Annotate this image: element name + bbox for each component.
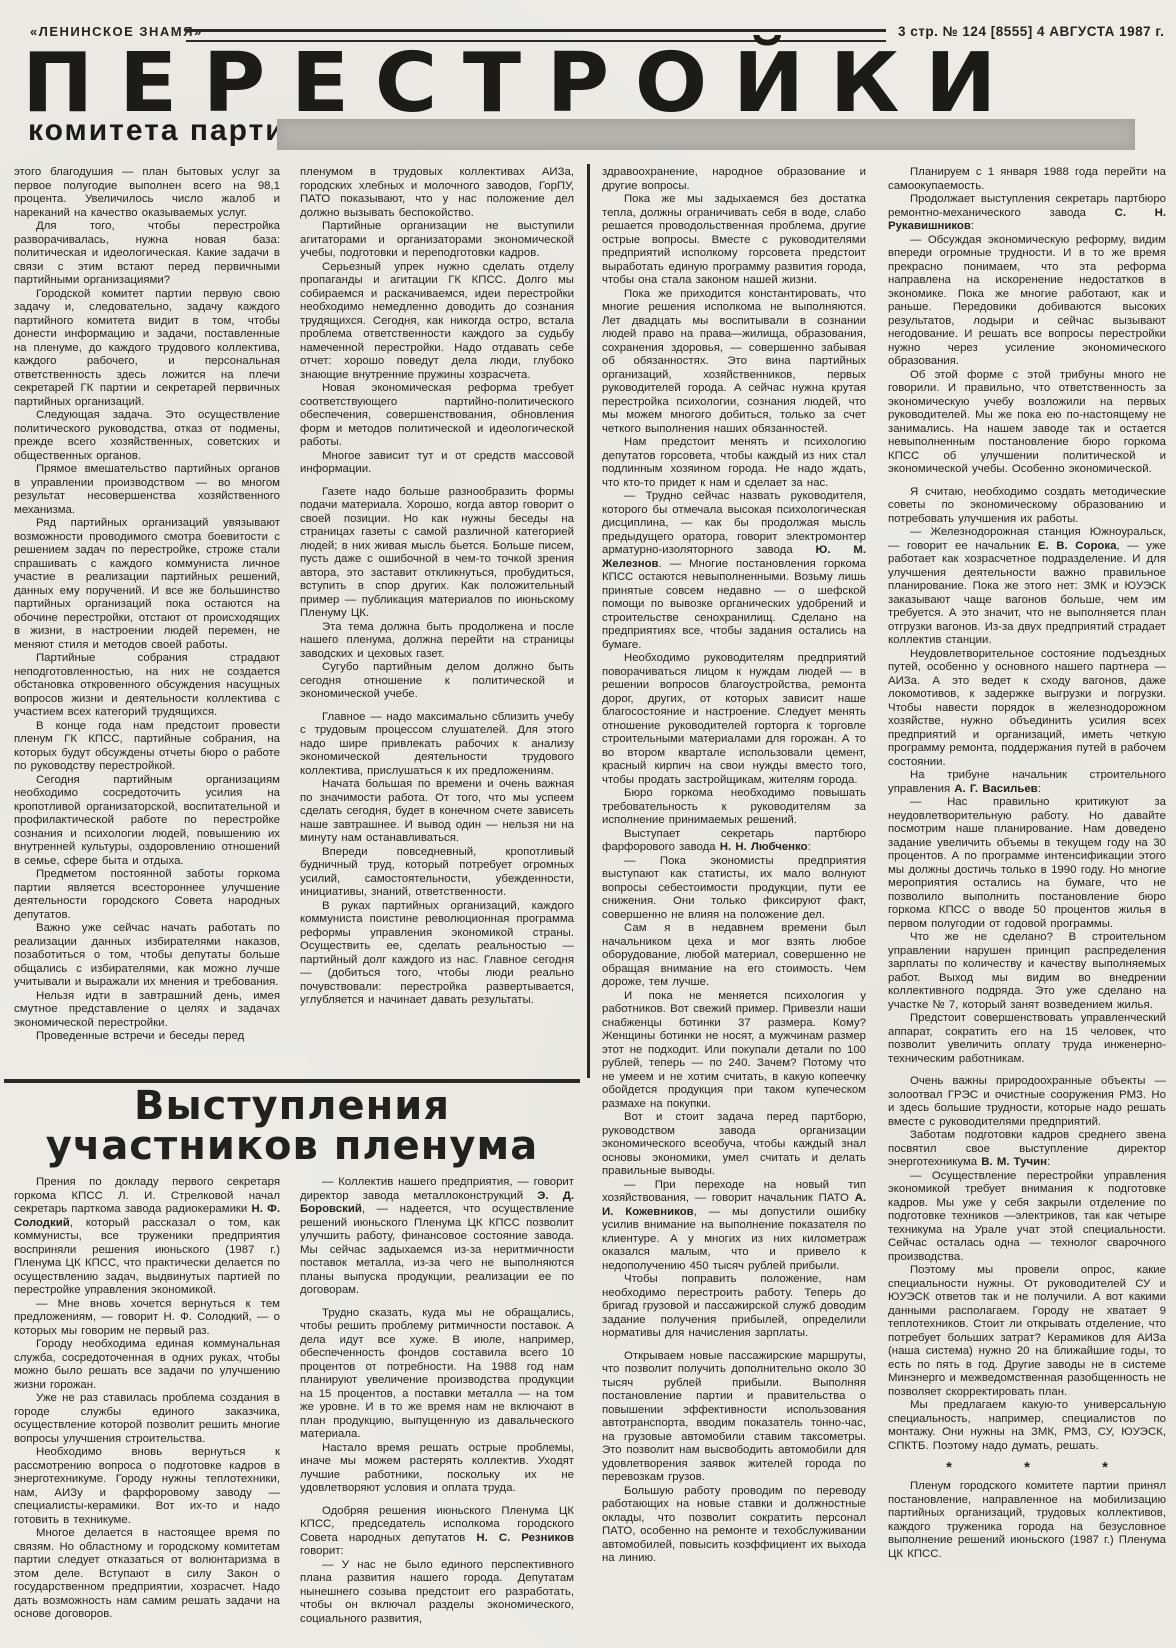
paragraph: — У нас не было единого перспективного п… xyxy=(300,1559,574,1627)
paragraph: Пленум городского комитете партии принял… xyxy=(888,1480,1166,1561)
paragraph: пленумом в трудовых коллективах АИЗа, го… xyxy=(300,166,574,220)
paragraph: Партийные собрания страдают неподготовле… xyxy=(14,652,280,720)
paragraph: — Осуществление перестройки управления э… xyxy=(888,1170,1166,1265)
paragraph: Ряд партийных организаций увязывают возм… xyxy=(14,517,280,652)
paragraph: — Трудно сейчас назвать руководителя, ко… xyxy=(602,490,866,652)
speeches-column-4-bottom: Пленум городского комитете партии принял… xyxy=(888,1480,1166,1561)
paragraph: Открываем новые пассажирские маршруты, ч… xyxy=(602,1350,866,1485)
paragraph: На трибуне начальник строительного управ… xyxy=(888,769,1166,796)
speeches-column-1: Прения по докладу первого секретаря горк… xyxy=(14,1176,280,1638)
paragraph: Для того, чтобы перестройка разворачивал… xyxy=(14,220,280,288)
paragraph: Главное — надо максимально сблизить учеб… xyxy=(300,711,574,779)
paragraph: — Коллектив нашего предприятия, — говори… xyxy=(300,1176,574,1298)
paragraph: Городской комитет партии первую свою зад… xyxy=(14,288,280,410)
paragraph: — Обсуждая экономическую реформу, видим … xyxy=(888,234,1166,369)
paragraph: Что же не сделано? В строительном управл… xyxy=(888,931,1166,1012)
section-title-line1: Выступления xyxy=(0,1086,584,1126)
paragraph: Продолжает выступления секретарь партбюр… xyxy=(888,193,1166,234)
paragraph: Следующая задача. Это осуществление поли… xyxy=(14,409,280,463)
paragraph: Пока же мы задыхаемся без достатка тепла… xyxy=(602,193,866,288)
paragraph: Нам предстоит менять и психологию депута… xyxy=(602,436,866,490)
paragraph: Партийные организации не выступили агита… xyxy=(300,220,574,261)
paragraph: Сугубо партийным делом должно быть сегод… xyxy=(300,661,574,702)
paragraph: Заботам подготовки кадров среднего звена… xyxy=(888,1129,1166,1170)
report-column-2: пленумом в трудовых коллективах АИЗа, го… xyxy=(300,166,574,1072)
paragraph: — Мне вновь хочется вернуться к тем пред… xyxy=(14,1298,280,1339)
paragraph: — При переходе на новый тип хозяйствован… xyxy=(602,1179,866,1274)
stars-separator: * * * xyxy=(888,1459,1166,1476)
page-subheadline: комитета партии xyxy=(28,114,306,148)
section-title-line2: участников пленума xyxy=(0,1126,584,1166)
section-title: Выступления участников пленума xyxy=(0,1086,584,1166)
paragraph: Уже не раз ставилась проблема создания в… xyxy=(14,1392,280,1446)
paragraph: Многое делается в настоящее время по свя… xyxy=(14,1527,280,1622)
paragraph: Об этой форме с этой трибуны много не го… xyxy=(888,369,1166,477)
paragraph: Нельзя идти в завтрашний день, имея смут… xyxy=(14,990,280,1031)
paragraph: Бюро горкома необходимо повышать требова… xyxy=(602,787,866,828)
paragraph: Предметом постоянной заботы горкома парт… xyxy=(14,868,280,922)
paragraph: Предстоит совершенствовать управленчески… xyxy=(888,1012,1166,1066)
report-column-1: этого благодушия — план бытовых услуг за… xyxy=(14,166,280,1072)
paragraph: Большую работу проводим по переводу рабо… xyxy=(602,1485,866,1566)
paragraph: Пока же приходится константировать, что … xyxy=(602,288,866,437)
paragraph: Новая экономическая реформа требует соот… xyxy=(300,382,574,450)
speeches-column-3: здравоохранение, народное образование и … xyxy=(602,166,866,1634)
paragraph: Сам я в недавнем времени был начальником… xyxy=(602,922,866,990)
paragraph: — Нас правильно критикуют за неудовлетво… xyxy=(888,796,1166,931)
paragraph: Городу необходима единая коммунальная сл… xyxy=(14,1338,280,1392)
paragraph: В конце года нам предстоит провести плен… xyxy=(14,720,280,774)
paragraph: Газете надо больше разнообразить формы п… xyxy=(300,486,574,621)
paragraph: Прения по докладу первого секретаря горк… xyxy=(14,1176,280,1298)
paragraph: — Железнодорожная станция Южноуральск, —… xyxy=(888,526,1166,648)
paragraph: Вот и стоит задача перед партборю, руков… xyxy=(602,1111,866,1179)
paragraph: этого благодушия — план бытовых услуг за… xyxy=(14,166,280,220)
paragraph: Многое зависит тут и от средств массовой… xyxy=(300,450,574,477)
paragraph: И пока не меняется психология у работник… xyxy=(602,990,866,1112)
paragraph: Начата большая по времени и очень важная… xyxy=(300,778,574,846)
paragraph: Серьезный упрек нужно сделать отделу про… xyxy=(300,261,574,383)
paragraph: В руках партийных организаций, каждого к… xyxy=(300,900,574,1008)
paragraph: Впереди повседневный, кропотливый буднич… xyxy=(300,846,574,900)
speeches-column-4-top: Планируем с 1 января 1988 года перейти н… xyxy=(888,166,1166,1453)
paragraph: Необходимо руководителям предприятий пов… xyxy=(602,652,866,787)
speeches-column-2: — Коллектив нашего предприятия, — говори… xyxy=(300,1176,574,1638)
paragraph: — Пока экономисты предприятия выступают … xyxy=(602,855,866,923)
paragraph: Мы предлагаем какую-то универсальную спе… xyxy=(888,1399,1166,1453)
paragraph: Трудно сказать, куда мы не обращались, ч… xyxy=(300,1307,574,1442)
paragraph: Эта тема должна быть продолжена и после … xyxy=(300,621,574,662)
paragraph: Я считаю, необходимо создать методически… xyxy=(888,486,1166,527)
paragraph: Одобряя решения июньского Пленума ЦК КПС… xyxy=(300,1505,574,1559)
paragraph: Важно уже сейчас начать работать по реал… xyxy=(14,922,280,990)
speeches-column-4: Планируем с 1 января 1988 года перейти н… xyxy=(888,166,1166,1634)
paragraph: Проведенные встречи и беседы перед xyxy=(14,1030,280,1044)
paragraph: здравоохранение, народное образование и … xyxy=(602,166,866,193)
paragraph: Сегодня партийным организациям необходим… xyxy=(14,774,280,869)
paragraph: Неудовлетворительное состояние подъездны… xyxy=(888,648,1166,770)
newspaper-page: «ЛЕНИНСКОЕ ЗНАМЯ» 3 стр. № 124 [8555] 4 … xyxy=(0,0,1176,1648)
column-divider-rule xyxy=(587,164,590,1078)
paragraph: Выступает секретарь партбюро фарфорового… xyxy=(602,828,866,855)
paragraph: Планируем с 1 января 1988 года перейти н… xyxy=(888,166,1166,193)
paragraph: Необходимо вновь вернуться к рассмотрени… xyxy=(14,1446,280,1527)
gray-bar xyxy=(277,119,1135,150)
paragraph: Настало время решать острые проблемы, ин… xyxy=(300,1442,574,1496)
paragraph: Прямое вмешательство партийных органов в… xyxy=(14,463,280,517)
paragraph: Очень важны природоохранные объекты — зо… xyxy=(888,1075,1166,1129)
paragraph: Поэтому мы провели опрос, какие специаль… xyxy=(888,1264,1166,1399)
paragraph: Чтобы поправить положение, нам необходим… xyxy=(602,1273,866,1341)
